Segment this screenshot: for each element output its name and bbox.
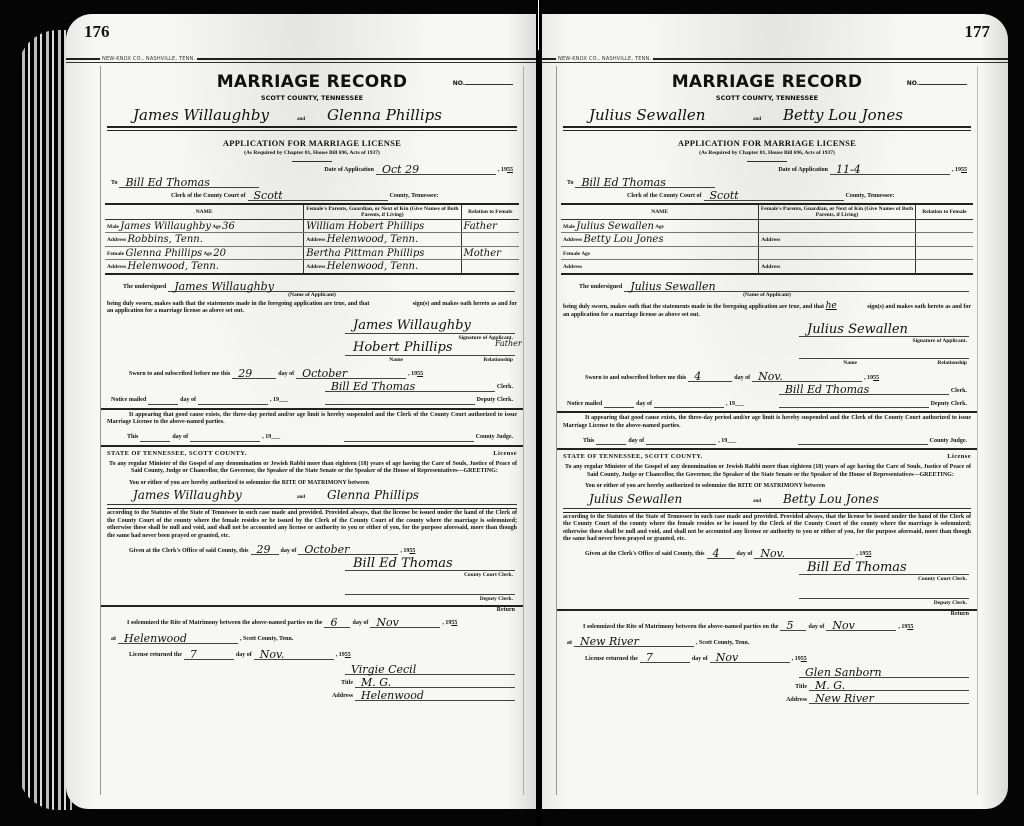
clerk-signature: Bill Ed Thomas: [785, 384, 869, 395]
sworn-day: 29: [238, 368, 252, 379]
date-of-application: 11-4: [836, 164, 861, 175]
officiant-title: M. G.: [815, 680, 845, 691]
undersigned-name: Julius Sewallen: [630, 281, 715, 292]
application-title: APPLICATION FOR MARRIAGE LICENSE: [101, 138, 523, 149]
license-groom: Julius Sewallen: [589, 492, 682, 507]
date-of-application: Oct 29: [382, 164, 419, 175]
county-heading: SCOTT COUNTY, TENNESSEE: [557, 94, 977, 102]
officiant-signature: Virgie Cecil: [351, 664, 416, 675]
to-clerk-name: Bill Ed Thomas: [581, 177, 665, 188]
application-subtitle: (As Required by Chapter 81, House Bill 6…: [557, 150, 977, 157]
sworn-month: October: [302, 368, 347, 379]
record-number-field: NO.: [453, 80, 513, 88]
scanned-ledger-spread: 176 NEW-KNOX CO., NASHVILLE, TENN. MARRI…: [0, 0, 1024, 826]
county-court-clerk-signature: Bill Ed Thomas County Court Clerk.: [101, 555, 523, 573]
marriage-record-form: MARRIAGE RECORD NO. SCOTT COUNTY, TENNES…: [556, 66, 978, 795]
right-page: 177 NEW-KNOX CO., NASHVILLE, TENN. MARRI…: [542, 14, 1008, 809]
page-number: 177: [965, 22, 991, 42]
bride-name: Glenna Phillips: [327, 106, 442, 125]
county-heading: SCOTT COUNTY, TENNESSEE: [101, 94, 523, 102]
table-row: Female Age: [561, 246, 973, 260]
printer-mark: NEW-KNOX CO., NASHVILLE, TENN.: [100, 56, 197, 62]
license-groom: James Willaughby: [133, 488, 242, 503]
table-row: Female Glenna Phillips Age 20 Bertha Pit…: [105, 246, 519, 260]
couple-names: Julius Sewallen and Betty Lou Jones: [563, 106, 971, 128]
applicant-table: NAME Female's Parents, Guardian, or Next…: [561, 203, 973, 275]
undersigned-name: James Willaughby: [174, 281, 274, 292]
county-name: Scott: [710, 190, 739, 201]
consent-signature: Name Relationship: [557, 343, 977, 361]
bride-name: Betty Lou Jones: [783, 106, 903, 125]
applicant-table: NAME Female's Parents, Guardian, or Next…: [105, 203, 519, 275]
table-row: Address Address: [561, 260, 973, 274]
license-bride: Betty Lou Jones: [783, 492, 879, 507]
county-name: Scott: [254, 190, 283, 201]
solemnized-place: New River: [580, 636, 639, 647]
sworn-day: 4: [694, 371, 701, 382]
applicant-signature: James Willaughby Signature of Applicant.: [101, 318, 523, 336]
couple-names: James Willaughby and Glenna Phillips: [107, 106, 517, 128]
applicant-signature: Julius Sewallen Signature of Applicant.: [557, 321, 977, 339]
book-gutter: [536, 0, 542, 826]
table-row: Address Helenwood, Tenn. Address Helenwo…: [105, 260, 519, 274]
license-bride: Glenna Phillips: [327, 488, 419, 503]
table-row: Male Julius Sewallen Age: [561, 219, 973, 233]
county-court-clerk-signature: Bill Ed Thomas County Court Clerk.: [557, 559, 977, 577]
officiant-address: Helenwood: [361, 690, 424, 701]
groom-name: James Willaughby: [133, 106, 269, 125]
to-clerk-name: Bill Ed Thomas: [125, 177, 209, 188]
application-title: APPLICATION FOR MARRIAGE LICENSE: [557, 138, 977, 149]
officiant-signature: Glen Sanborn: [805, 667, 882, 678]
officiant-title: M. G.: [361, 677, 391, 688]
table-row: Male James Willaughby Age 36 William Hob…: [105, 219, 519, 233]
page-edges: [18, 30, 72, 810]
application-subtitle: (As Required by Chapter 81, House Bill 6…: [101, 150, 523, 157]
clerk-signature: Bill Ed Thomas: [331, 381, 415, 392]
solemnized-place: Helenwood: [124, 633, 187, 644]
page-number: 176: [84, 22, 110, 42]
officiant-address: New River: [815, 693, 874, 704]
record-number-field: NO.: [907, 80, 967, 88]
sworn-month: Nov.: [758, 371, 783, 382]
table-row: Address Robbins, Tenn. Address Helenwood…: [105, 233, 519, 247]
form-title: MARRIAGE RECORD: [217, 72, 408, 92]
left-page: 176 NEW-KNOX CO., NASHVILLE, TENN. MARRI…: [66, 14, 536, 809]
groom-name: Julius Sewallen: [589, 106, 705, 125]
printer-mark: NEW-KNOX CO., NASHVILLE, TENN.: [556, 56, 653, 62]
table-row: Address Betty Lou Jones Address: [561, 233, 973, 247]
form-title: MARRIAGE RECORD: [672, 72, 863, 92]
consent-signature: Hobert PhillipsFather Name Relationship: [101, 340, 523, 358]
marriage-record-form: MARRIAGE RECORD NO. SCOTT COUNTY, TENNES…: [100, 66, 524, 795]
